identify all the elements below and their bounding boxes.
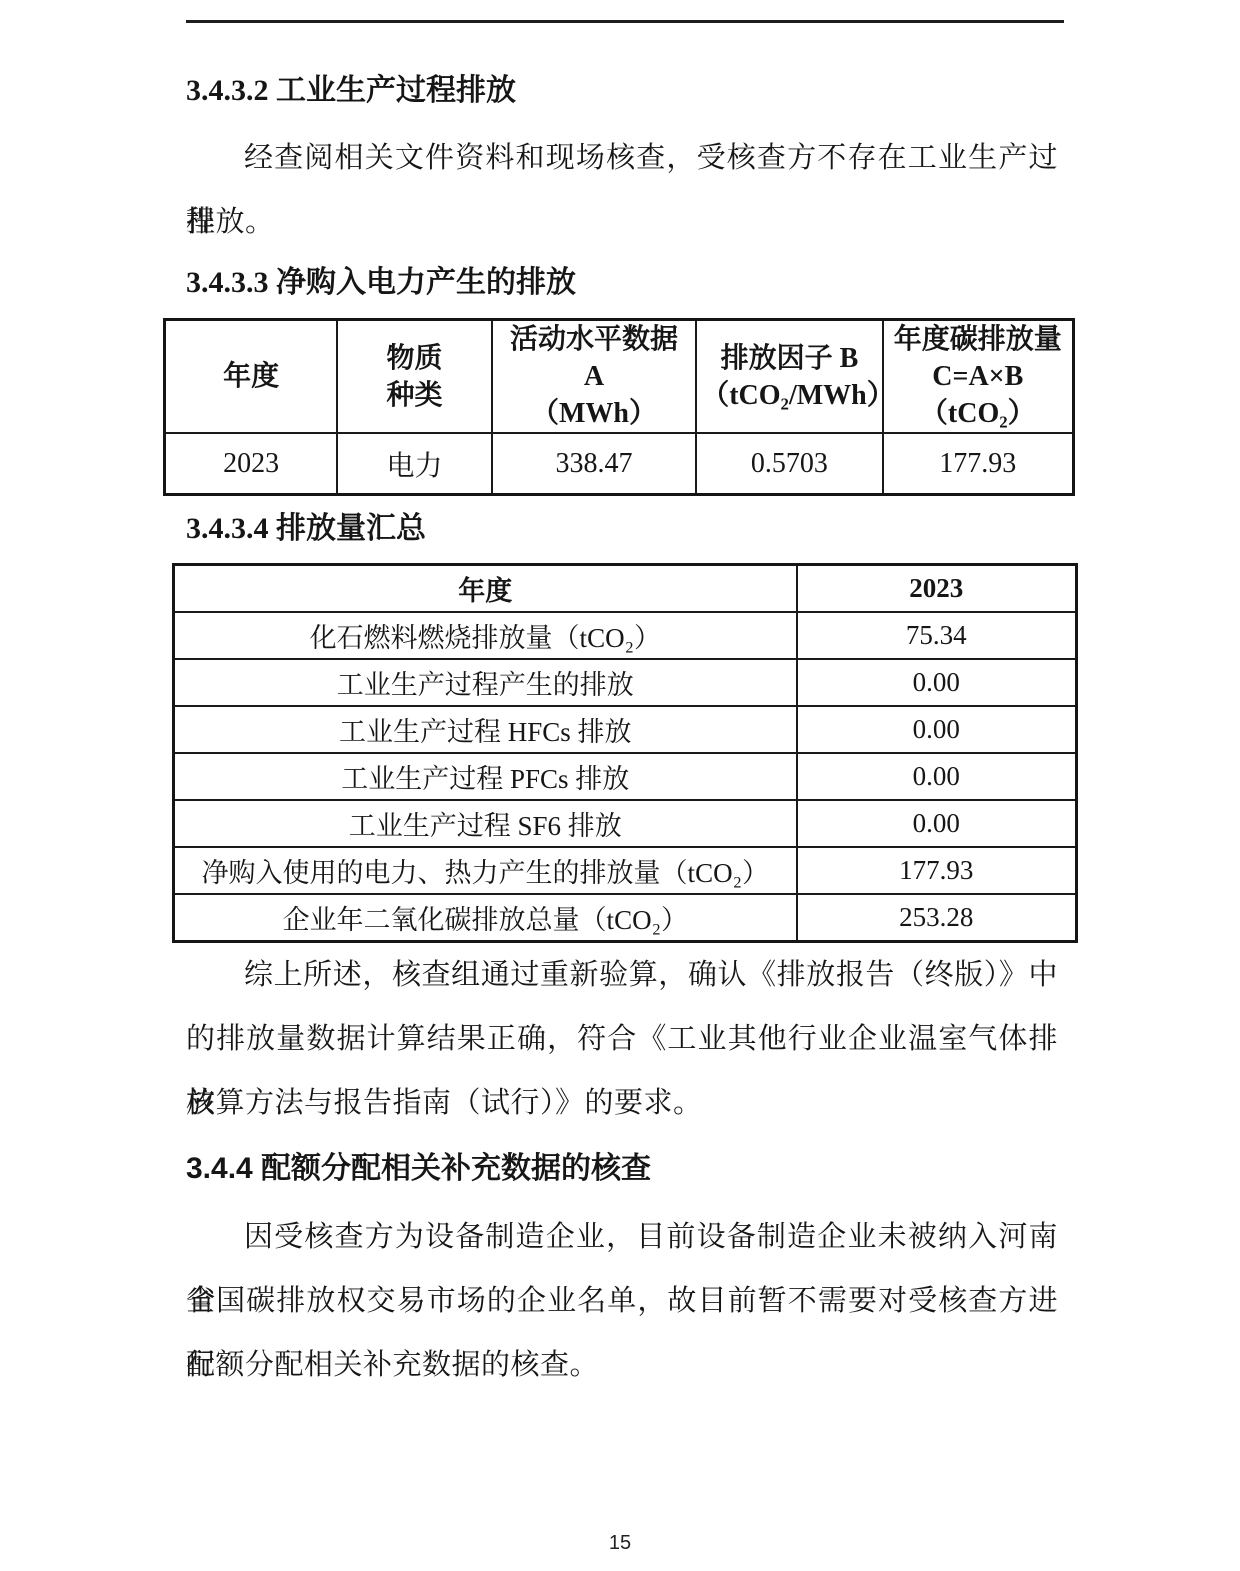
summary-value: 75.34 <box>797 612 1077 659</box>
summary-label: 工业生产过程 SF6 排放 <box>174 800 797 847</box>
page-number: 15 <box>0 1532 1240 1555</box>
heading-3433: 3.4.3.3 净购入电力产生的排放 <box>186 264 1086 302</box>
heading-3434: 3.4.3.4 排放量汇总 <box>186 510 1086 548</box>
summary-value: 0.00 <box>797 800 1077 847</box>
summary-row-fossil-fuel: 化石燃料燃烧排放量（tCO₂） 75.34 <box>174 612 1077 659</box>
summary-value: 253.28 <box>797 894 1077 942</box>
paragraph-line: 因受核查方为设备制造企业，目前设备制造企业未被纳入河南省 <box>186 1205 1058 1269</box>
summary-label: 年度 <box>174 565 797 613</box>
header-cell-year: 年度 <box>165 320 338 434</box>
summary-label: 化石燃料燃烧排放量（tCO₂） <box>174 612 797 659</box>
summary-value: 0.00 <box>797 706 1077 753</box>
document-page: { "s3432": { "heading": "3.4.3.2 工业生产过程排… <box>0 0 1240 1571</box>
summary-row-pfcs: 工业生产过程 PFCs 排放 0.00 <box>174 753 1077 800</box>
summary-header-row: 年度 2023 <box>174 565 1077 613</box>
paragraph-line: 核算方法与报告指南（试行）》的要求。 <box>186 1071 1058 1135</box>
paragraph-quota-allocation: 因受核查方为设备制造企业，目前设备制造企业未被纳入河南省 全国碳排放权交易市场的… <box>186 1205 1058 1397</box>
header-divider-rule <box>186 20 1064 23</box>
summary-value: 0.00 <box>797 753 1077 800</box>
paragraph-conclusion: 综上所述，核查组通过重新验算，确认《排放报告（终版）》中 的排放量数据计算结果正… <box>186 943 1058 1135</box>
summary-row-total-co2: 企业年二氧化碳排放总量（tCO₂） 253.28 <box>174 894 1077 942</box>
summary-label: 净购入使用的电力、热力产生的排放量（tCO₂） <box>174 847 797 894</box>
cell-substance: 电力 <box>337 433 492 495</box>
summary-row-net-purchased: 净购入使用的电力、热力产生的排放量（tCO₂） 177.93 <box>174 847 1077 894</box>
summary-row-sf6: 工业生产过程 SF6 排放 0.00 <box>174 800 1077 847</box>
summary-label: 工业生产过程 PFCs 排放 <box>174 753 797 800</box>
summary-value: 177.93 <box>797 847 1077 894</box>
emission-summary-table: 年度 2023 化石燃料燃烧排放量（tCO₂） 75.34 工业生产过程产生的排… <box>172 563 1078 943</box>
summary-label: 工业生产过程产生的排放 <box>174 659 797 706</box>
paragraph-line: 排放。 <box>186 190 1058 254</box>
header-cell-annual-emission: 年度碳排放量 C=A×B（tCO₂） <box>883 320 1074 434</box>
paragraph-line: 综上所述，核查组通过重新验算，确认《排放报告（终版）》中 <box>186 943 1058 1007</box>
heading-344: 3.4.4 配额分配相关补充数据的核查 <box>186 1150 1086 1188</box>
summary-label: 企业年二氧化碳排放总量（tCO₂） <box>174 894 797 942</box>
electricity-emission-table: 年度 物质 种类 活动水平数据 A （MWh） 排放因子 B （tCO₂/MWh… <box>163 318 1075 496</box>
table-header-row: 年度 物质 种类 活动水平数据 A （MWh） 排放因子 B （tCO₂/MWh… <box>165 320 1074 434</box>
paragraph-line: 配额分配相关补充数据的核查。 <box>186 1333 1058 1397</box>
paragraph-industrial-process: 经查阅相关文件资料和现场核查，受核查方不存在工业生产过程 排放。 <box>186 126 1058 254</box>
summary-label: 工业生产过程 HFCs 排放 <box>174 706 797 753</box>
summary-row-hfcs: 工业生产过程 HFCs 排放 0.00 <box>174 706 1077 753</box>
cell-annual-emission: 177.93 <box>883 433 1074 495</box>
paragraph-line: 的排放量数据计算结果正确，符合《工业其他行业企业温室气体排放 <box>186 1007 1058 1071</box>
paragraph-line: 经查阅相关文件资料和现场核查，受核查方不存在工业生产过程 <box>186 126 1058 190</box>
paragraph-line: 全国碳排放权交易市场的企业名单，故目前暂不需要对受核查方进行 <box>186 1269 1058 1333</box>
summary-row-industrial-process: 工业生产过程产生的排放 0.00 <box>174 659 1077 706</box>
heading-3432: 3.4.3.2 工业生产过程排放 <box>186 72 1086 110</box>
header-cell-emission-factor: 排放因子 B （tCO₂/MWh） <box>696 320 882 434</box>
summary-value: 0.00 <box>797 659 1077 706</box>
table-data-row: 2023 电力 338.47 0.5703 177.93 <box>165 433 1074 495</box>
cell-emission-factor: 0.5703 <box>696 433 882 495</box>
header-cell-activity-data: 活动水平数据 A （MWh） <box>492 320 697 434</box>
cell-activity-data: 338.47 <box>492 433 697 495</box>
cell-year: 2023 <box>165 433 338 495</box>
summary-value: 2023 <box>797 565 1077 613</box>
header-cell-substance: 物质 种类 <box>337 320 492 434</box>
